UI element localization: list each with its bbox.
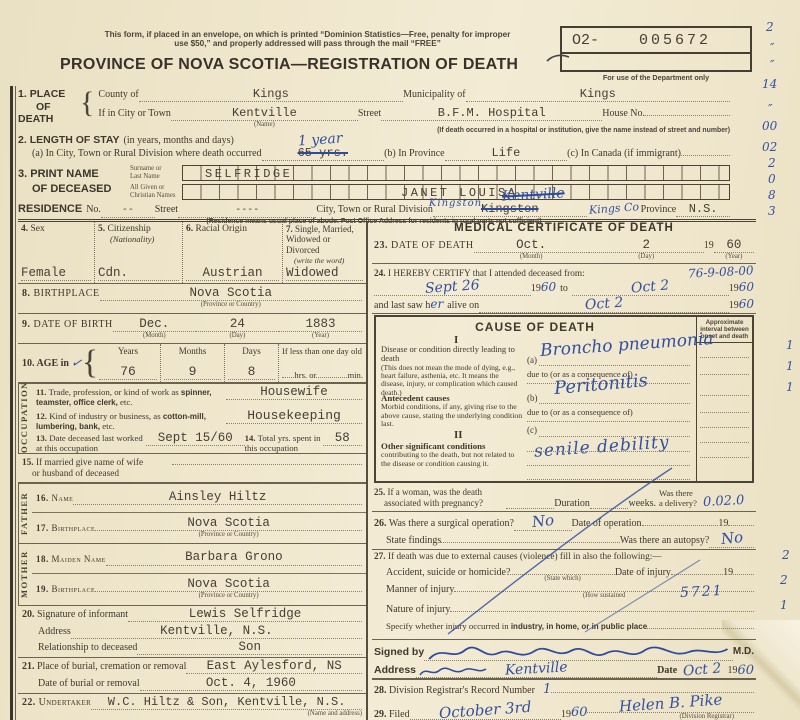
length-of-stay-label: 2. LENGTH OF STAY: [18, 134, 120, 146]
age-years-cell: Years 76: [96, 344, 160, 382]
section-label: PLACE: [30, 88, 66, 100]
surname-label: Surname orLast Name: [130, 165, 182, 180]
row-29-filed: 29. Filed October 3rd 19 60 Helen B. Pik…: [372, 698, 756, 720]
years-occupation-field: 58: [323, 432, 362, 446]
birth-year-field: 1883(Year): [279, 318, 362, 340]
operation-field: No: [514, 514, 572, 531]
print-name-label: 3. PRINT NAMEOF DECEASED: [18, 167, 130, 197]
form-title: PROVINCE OF NOVA SCOTIA—REGISTRATION OF …: [60, 56, 518, 74]
row-16-father-name: 16. Name Ainsley Hiltz: [32, 484, 366, 513]
medical-certificate-column: MEDICAL CERTIFICATE OF DEATH 23. DATE OF…: [372, 222, 756, 720]
racial-origin-value: Austrian: [186, 266, 279, 281]
surname-boxes: SELFRIDGE: [182, 165, 730, 181]
signed-block: Signed by M.D. Address Kentville Date Oc…: [372, 640, 756, 680]
industry-field: Housekeeping: [226, 409, 362, 424]
margin-code: ″: [770, 58, 774, 72]
physician-address-field: Kentville: [416, 662, 657, 678]
division-registrar-field: Helen B. Pike (Division Registrar): [587, 696, 754, 720]
registration-number: 005672: [639, 32, 711, 49]
specify-field: [647, 628, 754, 629]
last-saw-alive-field: Oct 2: [479, 297, 729, 313]
antecedent-label-block: Antecedent causes Morbid conditions, if …: [381, 393, 524, 429]
section-number: 1.: [18, 88, 27, 100]
mail-note: This form, if placed in an envelope, on …: [65, 30, 550, 49]
city-field: Kentville (Name): [171, 107, 358, 128]
occupation-group: OCCUPATION 11. Trade, profession, or kin…: [18, 384, 366, 454]
other-conditions-label-block: Other significant conditions contributin…: [381, 441, 524, 468]
row-22-undertaker: 22. Undertaker W.C. Hiltz & Son, Kentvil…: [18, 694, 366, 720]
address-handwriting-scrawl: [418, 664, 488, 678]
row-21-burial: 21. Place of burial, cremation or remova…: [18, 658, 366, 694]
margin-code: 1: [780, 598, 788, 612]
residence-province-field: N.S.: [676, 203, 730, 217]
row-20-informant: 20. Signature of informant Lewis Selfrid…: [18, 606, 366, 658]
birthplace-field: Nova Scotia (Province or Country): [100, 287, 362, 309]
scan-edge-line-2: [15, 86, 16, 720]
mother-group: MOTHER 18. Maiden Name Barbara Grono 19.…: [18, 544, 366, 606]
disease-label-block: Disease or condition directly leading to…: [381, 345, 524, 397]
citizenship-value: Cdn.: [98, 266, 179, 281]
occupation-group-label: OCCUPATION: [18, 384, 32, 453]
pregnancy-field: [506, 508, 554, 509]
signed-by-label: Signed by: [374, 646, 424, 658]
stay-a-label: (a) In City, Town or Rural Division wher…: [32, 148, 262, 159]
cause-of-death-title: CAUSE OF DEATH: [376, 320, 694, 334]
scan-edge-line: [10, 86, 13, 720]
row-27-external-causes: 27. If death was due to external causes …: [372, 550, 756, 640]
record-number-handwriting: 1: [543, 682, 551, 697]
due-to-2-label: due to (or as a consequence of): [527, 407, 633, 417]
cause-a-label: (a): [527, 355, 537, 365]
registration-prefix: O2-: [572, 32, 599, 49]
age-label: 10. AGE in ✓ {: [18, 344, 96, 382]
age-less-than-day-cell: If less than one day old hrs. ormin.: [278, 344, 366, 382]
signed-date-handwriting: Oct 2: [683, 660, 723, 679]
row-25-pregnancy: 25. If a woman, was the deathassociated …: [372, 484, 756, 512]
county-label: County of: [98, 89, 138, 100]
racial-origin-cell: 6. Racial Origin Austrian: [182, 222, 282, 283]
delivery-handwriting: 0.02.0: [703, 493, 745, 510]
row-8-birthplace: 8. BIRTHPLACE Nova Scotia (Province or C…: [18, 284, 366, 314]
house-no-label: House No.: [602, 108, 645, 119]
cause-of-death-section: CAUSE OF DEATH Approximate interval betw…: [372, 314, 756, 484]
age-pen-check: ✓: [70, 355, 83, 372]
stay-b-field: Life: [445, 147, 568, 161]
record-number-field: [551, 692, 754, 693]
operation-date-field: [642, 525, 719, 526]
nature-field: [450, 611, 754, 612]
accident-field: (State which): [510, 574, 614, 582]
age-months-cell: Months 9: [160, 344, 224, 382]
death-certificate-scan: This form, if placed in an envelope, on …: [0, 0, 800, 720]
margin-code: 3: [768, 204, 776, 218]
city-label: If in City or Town: [98, 108, 170, 119]
section-2-length-of-stay: 2. LENGTH OF STAY (in years, months and …: [18, 134, 730, 164]
registration-number-box: O2- 005672: [560, 26, 752, 72]
cause-c-label: (c): [527, 425, 537, 435]
street-label: Street: [358, 108, 381, 119]
row-13-14: 13. Date deceased last workedat this occ…: [36, 432, 362, 453]
county-field: Kings: [139, 88, 403, 102]
stay-a-handwriting: 1 year: [298, 131, 344, 149]
citizenship-cell: 5. Citizenship(Nationality) Cdn.: [94, 222, 182, 283]
father-group-label: FATHER: [18, 484, 32, 543]
section-1-place-of-death: 1. PLACE OF DEATH { County of Kings Muni…: [18, 88, 730, 135]
row-4-7: 4. Sex Female 5. Citizenship(Nationality…: [18, 222, 366, 284]
municipality-label: Municipality of: [403, 89, 466, 100]
margin-code: 1: [786, 338, 794, 352]
margin-code: 2: [766, 20, 774, 34]
father-name-field: Ainsley Hiltz: [73, 491, 362, 505]
residence-city-field: Kingston Kingston, Kentville: [433, 203, 587, 217]
informant-relationship-field: Son: [137, 641, 362, 655]
spouse-field: [172, 464, 362, 465]
municipality-field: Kings: [466, 88, 730, 102]
mother-group-label: MOTHER: [18, 544, 32, 605]
stay-b-label: (b) In Province: [384, 148, 445, 159]
pen-mark: [545, 52, 571, 64]
stay-c-label: (c) In Canada (if immigrant): [567, 148, 681, 159]
death-month-field: Oct.(Month): [474, 239, 589, 261]
margin-code: ″: [768, 102, 772, 116]
residence-no-field: --: [101, 205, 155, 218]
cause-of-death-box: CAUSE OF DEATH Approximate interval betw…: [374, 315, 754, 483]
row-9-date-of-birth: 9. DATE OF BIRTH Dec.(Month) 24(Day) 188…: [18, 314, 366, 344]
residence-hw-kings-co: Kings Co: [588, 200, 639, 216]
row-19-mother-birthplace: 19. Birthplace Nova Scotia(Province or C…: [32, 574, 366, 604]
cause-part-2: II: [454, 429, 463, 441]
mother-maiden-name-field: Barbara Grono: [106, 551, 362, 565]
father-group: FATHER 16. Name Ainsley Hiltz 17. Birthp…: [18, 484, 366, 544]
physician-signature-field: [424, 643, 733, 661]
row-11-trade: 11. Trade, profession, or kind of work a…: [36, 386, 362, 409]
residence-street-field: ----: [178, 205, 316, 218]
informant-signature-field: Lewis Selfridge: [128, 608, 362, 622]
surname-value: SELFRIDGE: [205, 167, 292, 181]
injury-date-field: [671, 574, 723, 575]
row-15-spouse: 15. If married give name of wifeor husba…: [18, 454, 366, 484]
margin-code: 00: [762, 119, 777, 133]
injury-code-handwriting: 5721: [680, 583, 724, 601]
row-23-date-of-death: 23. DATE OF DEATH Oct.(Month) 2(Day) 19 …: [372, 238, 756, 264]
mail-note-line1: This form, if placed in an envelope, on …: [105, 30, 511, 39]
row-12-industry: 12. Kind of industry or business, as cot…: [36, 409, 362, 432]
attended-to-field: Oct 2: [572, 280, 729, 296]
birth-day-field: 24(Day): [196, 318, 279, 340]
residence-hw-kingston: Kingston,: [429, 199, 486, 210]
age-days-value: 8: [228, 364, 275, 380]
md-label: M.D.: [733, 646, 754, 657]
margin-code: 2: [782, 548, 790, 562]
sex-value: Female: [21, 266, 91, 281]
margin-code: 1: [786, 380, 794, 394]
certify-age-code-handwriting: 76-9-08-00: [688, 263, 754, 280]
mail-note-line2: use $50,” and properly addressed will pa…: [174, 39, 441, 48]
left-column: 4. Sex Female 5. Citizenship(Nationality…: [18, 222, 368, 720]
margin-code: 2: [768, 156, 776, 170]
trade-field: Housewife: [226, 386, 362, 400]
margin-code: 2: [780, 573, 788, 587]
last-worked-field: Sept 15/60: [146, 432, 245, 446]
physician-signature: [424, 643, 733, 663]
row-18-mother-name: 18. Maiden Name Barbara Grono: [32, 544, 366, 574]
informant-address-field: Kentville, N.S.: [71, 625, 362, 639]
age-days-cell: Days 8: [224, 344, 278, 382]
cause-b-label: (b): [527, 393, 538, 403]
father-birthplace-field: Nova Scotia(Province or Country): [95, 517, 362, 539]
address-label: Address: [374, 664, 416, 676]
burial-place-field: East Aylesford, NS: [186, 660, 362, 674]
margin-code: ″: [770, 41, 774, 55]
mother-birthplace-field: Nova Scotia(Province or Country): [95, 578, 362, 600]
age-years-value: 76: [99, 364, 157, 380]
marital-status-cell: 7. Single, Married,Widowed or Divorced(w…: [282, 222, 366, 283]
margin-code: 0: [768, 172, 776, 186]
birth-month-field: Dec.(Month): [113, 318, 196, 340]
margin-code: 8: [768, 188, 776, 202]
given-names-label: All Given orChristian Names: [130, 184, 182, 199]
margin-code: 14: [762, 77, 777, 91]
stay-a-field: 65 yrs. 1 year: [262, 147, 385, 161]
brace: {: [80, 88, 94, 118]
attended-from-field: Sept 26: [374, 280, 531, 296]
medical-certificate-title: MEDICAL CERTIFICATE OF DEATH: [372, 222, 756, 238]
marital-status-value: Widowed: [286, 266, 363, 281]
age-months-value: 9: [164, 364, 221, 380]
sex-cell: 4. Sex Female: [18, 222, 94, 283]
undertaker-field: W.C. Hiltz & Son, Kentville, N.S.(Name a…: [91, 696, 362, 717]
death-day-field: 2(Day): [589, 239, 704, 261]
row-26-operation: 26. Was there a surgical operation? No D…: [372, 512, 756, 550]
street-field: B.F.M. Hospital: [381, 107, 602, 121]
duration-field: [590, 508, 629, 509]
residence-label: RESIDENCE: [18, 203, 82, 215]
residence-hw-kentville: Kentville: [502, 186, 565, 204]
margin-code: 02: [762, 140, 777, 154]
row-17-father-birthplace: 17. Birthplace Nova Scotia(Province or C…: [32, 513, 366, 542]
autopsy-field: No: [709, 531, 754, 548]
row-24-certify: 24. I HEREBY CERTIFY that I attended dec…: [372, 264, 756, 314]
death-year-field: 60(Year): [714, 239, 754, 261]
filed-date-field: October 3rd: [410, 703, 561, 720]
department-caption: For use of the Department only: [560, 74, 752, 82]
section-3-print-name: 3. PRINT NAMEOF DECEASED Surname orLast …: [18, 163, 730, 201]
row-10-age: 10. AGE in ✓ { Years 76 Months 9 Days 8 …: [18, 344, 366, 384]
burial-date-field: Oct. 4, 1960: [140, 677, 362, 691]
margin-code: 1: [786, 359, 794, 373]
findings-field: [441, 542, 620, 543]
